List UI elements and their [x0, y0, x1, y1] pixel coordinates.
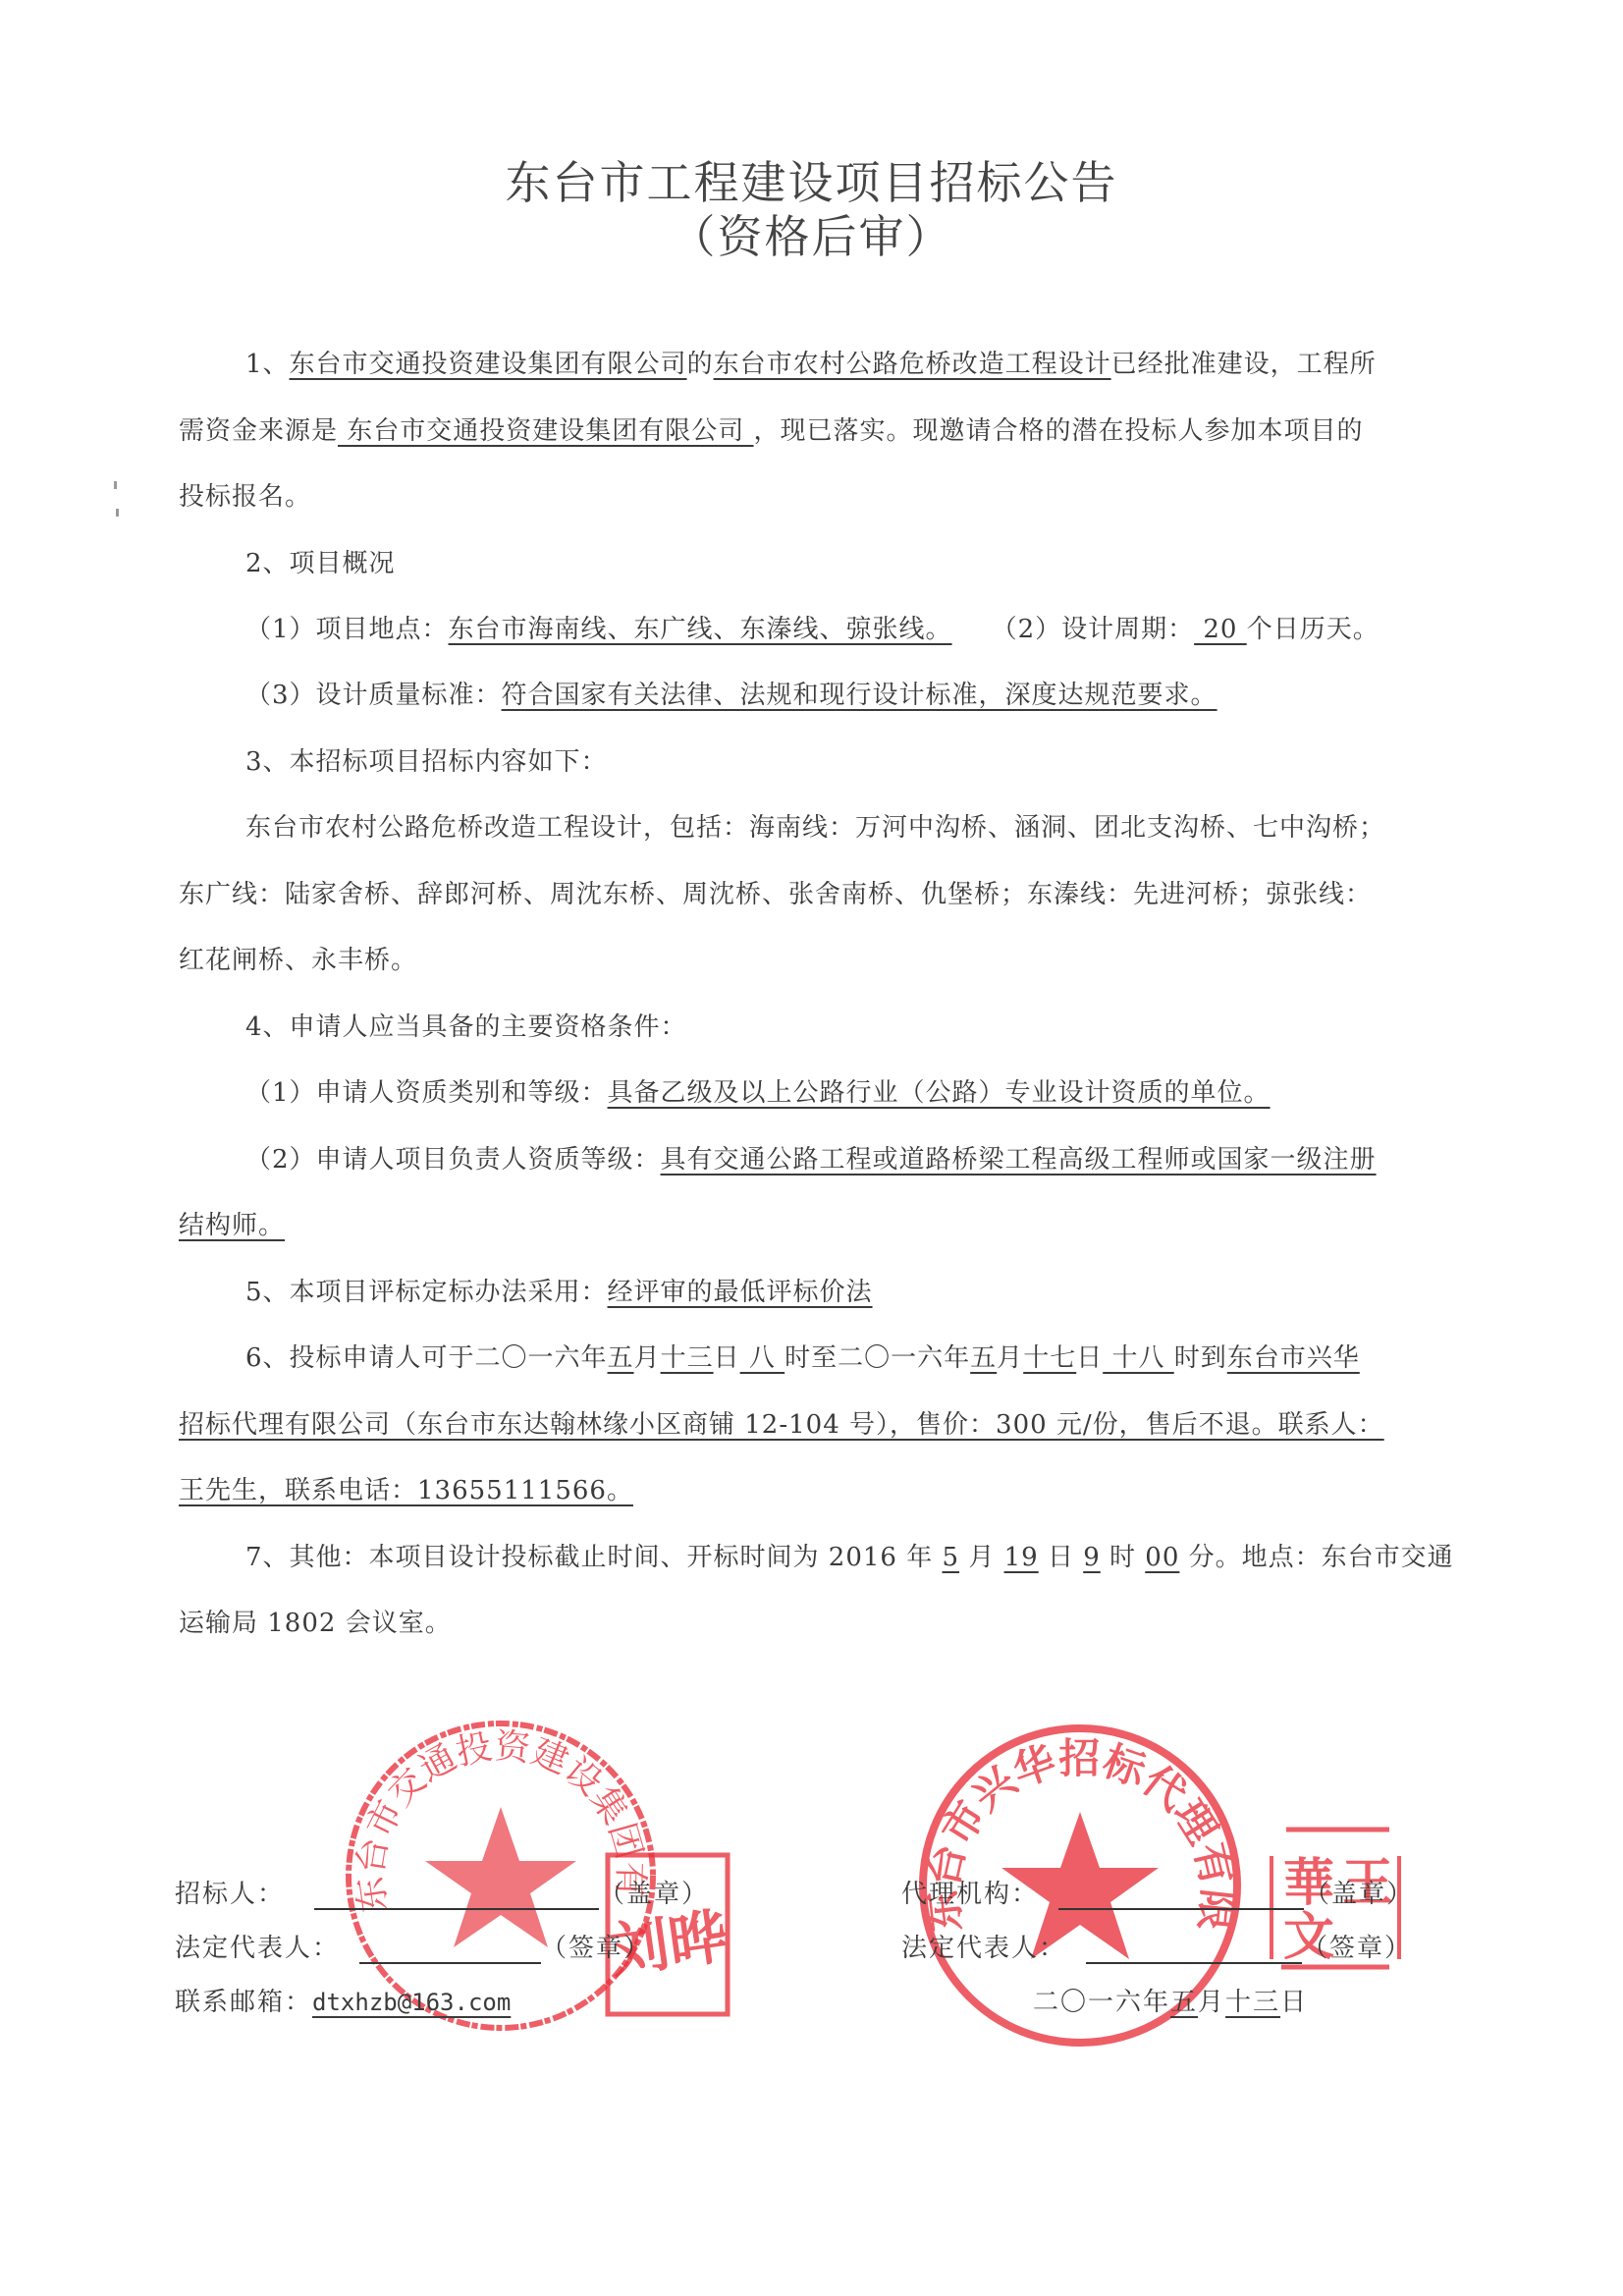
scope-line-1: 东台市农村公路危桥改造工程设计，包括：海南线：万河中沟桥、涵洞、团北支沟桥、七中… [245, 807, 1385, 844]
scope-line-2: 东广线：陆家舍桥、辞郎河桥、周沈东桥、周沈桥、张舍南桥、仇堡桥；东溱线：先进河桥… [179, 874, 1372, 910]
scope-line-3: 红花闸桥、永丰桥。 [179, 940, 417, 976]
project-name: 东台市农村公路危桥改造工程设计 [714, 350, 1111, 379]
scan-mark [114, 481, 117, 489]
qualification-2: （2）申请人项目负责人资质等级：具有交通公路工程或道路桥梁工程高级工程师或国家一… [245, 1139, 1377, 1175]
evaluation-method: 5、本项目评标定标办法采用：经评审的最低评标价法 [245, 1272, 873, 1308]
section-2-heading: 2、项目概况 [245, 543, 396, 579]
qualification-1: （1）申请人资质类别和等级：具备乙级及以上公路行业（公路）专业设计资质的单位。 [245, 1072, 1271, 1109]
funding-source: 东台市交通投资建设集团有限公司 [338, 416, 754, 446]
quality-standard-value: 符合国家有关法律、法规和现行设计标准，深度达规范要求。 [502, 681, 1217, 710]
tenderer-seal-line [314, 1885, 599, 1910]
agency-signature-row: 代理机构：（盖章） [901, 1874, 1414, 1910]
qualification-2-cont: 结构师。 [179, 1205, 285, 1241]
section-1-line-1: 1、东台市交通投资建设集团有限公司的东台市农村公路危桥改造工程设计已经批准建设，… [245, 344, 1377, 380]
tender-announcement-page: 东台市工程建设项目招标公告 （资格后审） 1、东台市交通投资建设集团有限公司的东… [0, 0, 1623, 2296]
section-4-heading: 4、申请人应当具备的主要资格条件： [245, 1007, 687, 1043]
agency-legal-rep-row: 法定代表人：（签章） [901, 1928, 1412, 1964]
scan-mark [116, 509, 119, 517]
agency-address: 招标代理有限公司（东台市东达翰林缘小区商铺 12-104 号），售价：300 元… [179, 1404, 1384, 1441]
qualification-2-value: 具有交通公路工程或道路桥梁工程高级工程师或国家一级注册 [661, 1145, 1377, 1175]
tenderer-rep-sign-line [359, 1939, 541, 1964]
qualification-1-value: 具备乙级及以上公路行业（公路）专业设计资质的单位。 [608, 1078, 1271, 1108]
agency-rep-sign-line [1086, 1939, 1302, 1964]
contact-email: dtxhzb@163.com [312, 1989, 511, 2016]
section-1-line-3: 投标报名。 [179, 476, 311, 513]
contact-email-row: 联系邮箱：dtxhzb@163.com [175, 1982, 511, 2018]
project-location-period: （1）项目地点：东台市海南线、东广线、东溱线、弶张线。（2）设计周期： 20 个… [245, 609, 1380, 645]
agency-seal-line [1058, 1885, 1304, 1910]
project-location: 东台市海南线、东广线、东溱线、弶张线。 [449, 615, 952, 644]
document-subtitle: （资格后审） [0, 201, 1623, 266]
tenderer-signature-row: 招标人：（盖章） [175, 1874, 709, 1910]
design-period: 20 [1194, 615, 1247, 644]
registration-period: 6、投标申请人可于二〇一六年五月十三日 八 时至二〇一六年五月十七日 十八 时到… [245, 1338, 1360, 1374]
bid-deadline: 7、其他：本项目设计投标截止时间、开标时间为 2016 年 5 月 19 日 9… [245, 1537, 1454, 1573]
tenderer-legal-rep-row: 法定代表人：（签章） [175, 1928, 651, 1964]
section-1-line-2: 需资金来源是 东台市交通投资建设集团有限公司 ，现已落实。现邀请合格的潜在投标人… [179, 410, 1364, 447]
announcement-date: 二〇一六年五月十三日 [1033, 1982, 1308, 2018]
evaluation-method-value: 经评审的最低评标价法 [608, 1278, 873, 1307]
bid-location: 运输局 1802 会议室。 [179, 1603, 452, 1639]
tenderer-name: 东台市交通投资建设集团有限公司 [290, 350, 687, 379]
contact-phone: 王先生，联系电话：13655111566。 [179, 1476, 633, 1505]
quality-standard: （3）设计质量标准：符合国家有关法律、法规和现行设计标准，深度达规范要求。 [245, 675, 1217, 711]
section-3-heading: 3、本招标项目招标内容如下： [245, 741, 608, 778]
contact-info: 王先生，联系电话：13655111566。 [179, 1470, 633, 1506]
